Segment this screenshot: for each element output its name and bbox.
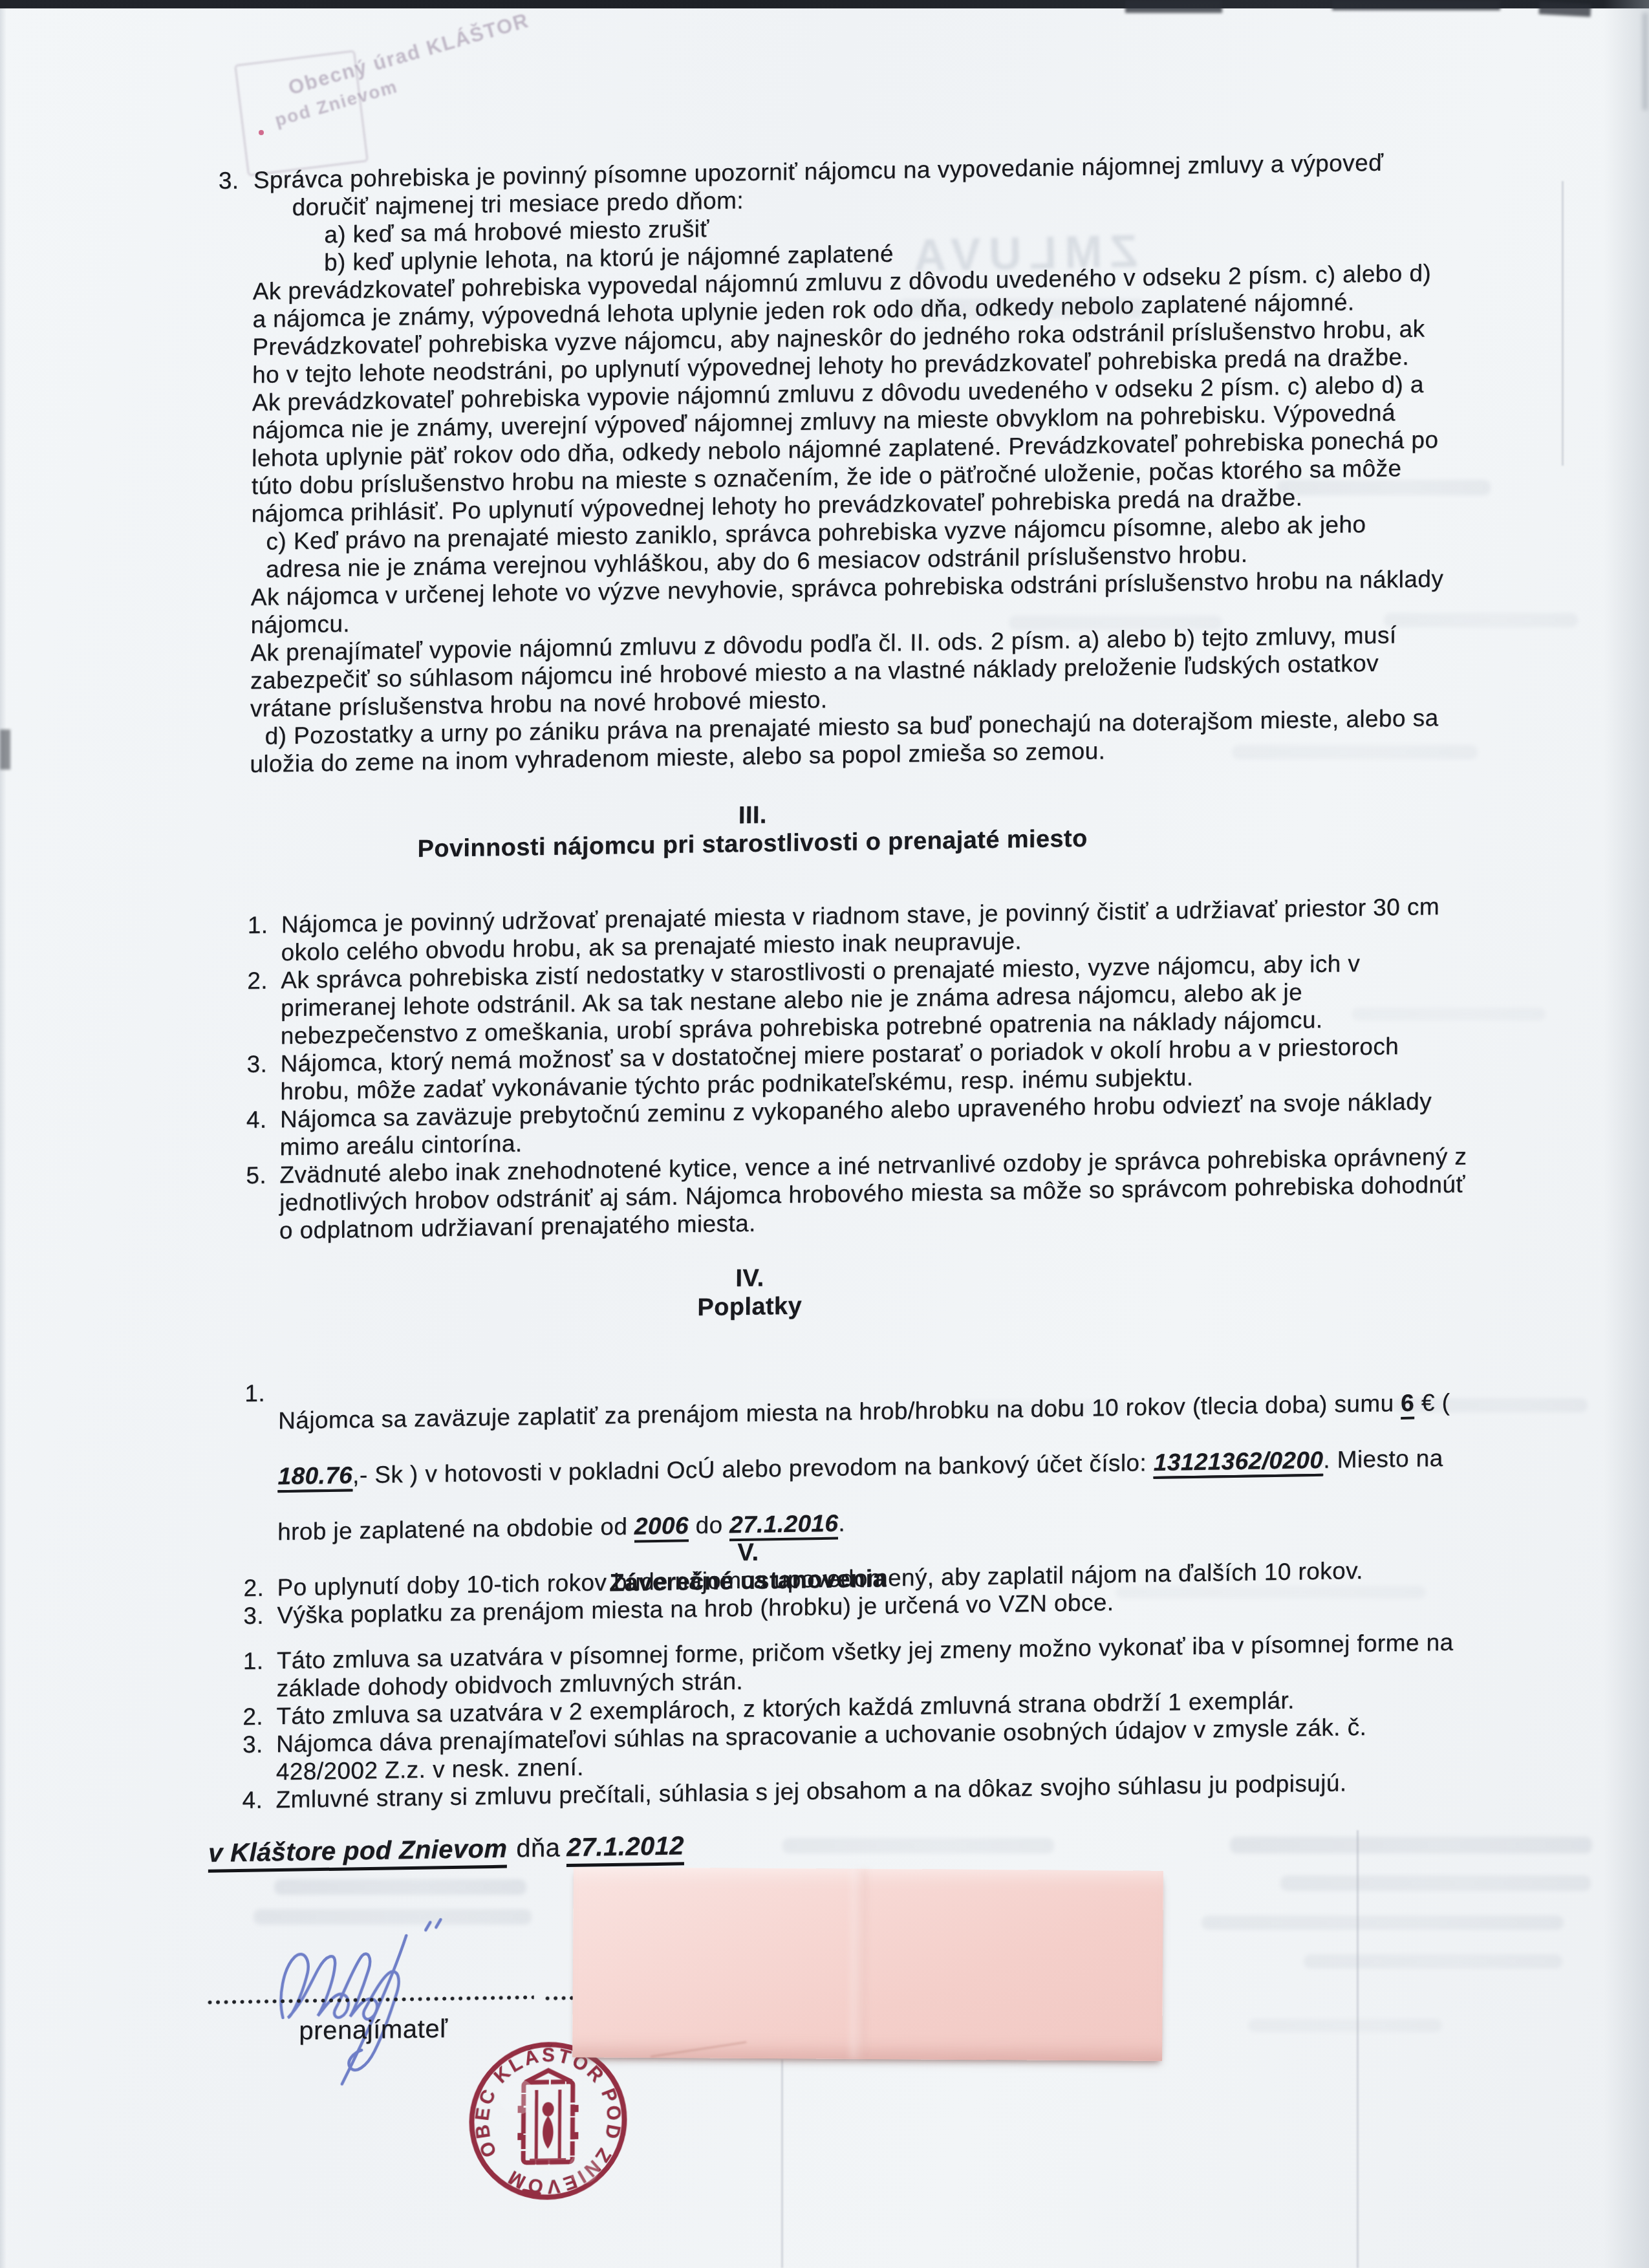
item-text: Zvädnuté alebo inak znehodnotené kytice,… [279, 1142, 1467, 1244]
pink-sticky-note-overlay[interactable] [572, 1867, 1163, 2061]
fees-text: do [689, 1511, 730, 1539]
item-number: 4. [246, 1105, 281, 1161]
scan-noise [1125, 0, 1222, 13]
section-III-heading: III. Povinnosti nájomcu pri starostlivos… [209, 793, 1296, 867]
item-number: 5. [246, 1161, 280, 1245]
scan-noise [1539, 1, 1591, 17]
period-end-date: 27.1.2016 [729, 1510, 839, 1542]
scanned-document-page: Obecný úrad KLÁŠTOR pod Znievom ZMLUVA 3… [0, 0, 1649, 2268]
item-number: 4. [242, 1786, 275, 1814]
period-start-year: 2006 [634, 1512, 689, 1542]
signing-date: 27.1.2012 [566, 1831, 684, 1867]
fees-text: hrob je zaplatené na obdobie od [277, 1513, 634, 1546]
signature-dotted-line [545, 1995, 576, 2002]
item-number: 1. [247, 911, 281, 967]
item-number: 1. [242, 1647, 277, 1703]
paper-crease [1562, 181, 1564, 466]
fee-amount-sk: 180.76 [277, 1462, 352, 1493]
scan-noise [1643, 13, 1648, 110]
item-number: 2. [247, 966, 281, 1050]
fees-text: Nájomca sa zaväzuje zaplatiť za prenájom… [278, 1390, 1401, 1434]
fees-text: . Miesto na [1323, 1445, 1443, 1473]
section-V-list: 1.Táto zmluva sa uzatvára v písomnej for… [203, 1627, 1517, 1815]
fee-amount-eur: 6 [1401, 1390, 1414, 1420]
fees-line: Nájomca sa zaväzuje zaplatiť za prenájom… [278, 1388, 1450, 1434]
dna-label: dňa [516, 1833, 560, 1863]
section-IV-heading: IV. Poplatky [206, 1256, 1293, 1330]
scan-noise [1332, 0, 1500, 10]
fees-text: . [838, 1509, 845, 1536]
fees-text: ,- Sk ) v hotovosti v pokladni OcÚ alebo… [352, 1449, 1154, 1488]
item-number: 3. [246, 1050, 281, 1106]
item-number: 2. [242, 1702, 276, 1731]
signature-role-label: prenajímateľ [299, 2015, 447, 2046]
item-number: 3. [242, 1730, 277, 1786]
fees-line: 180.76,- Sk ) v hotovosti v pokladni OcÚ… [277, 1444, 1449, 1490]
section-III-list: 1.Nájomca je povinný udržovať prenajaté … [207, 891, 1522, 1246]
item-number: 1. [244, 1379, 279, 1574]
place-and-date-line: v Kláštore pod Znievomdňa27.1.2012 [208, 1832, 684, 1868]
bank-account-number: 13121362/0200 [1154, 1447, 1324, 1479]
signing-place: v Kláštore pod Znievom [208, 1835, 508, 1873]
item-number: 3. [219, 166, 253, 195]
clause-II-item-3: 3.Správca pohrebiska je povinný písomne … [210, 146, 1526, 779]
item-number: 3. [243, 1601, 277, 1630]
handwritten-signature [263, 1903, 484, 2107]
fees-text: € ( [1414, 1389, 1450, 1416]
bleedthrough-stamp-text: Obecný úrad KLÁŠTOR pod Znievom [286, 9, 539, 125]
scan-noise [0, 729, 10, 770]
